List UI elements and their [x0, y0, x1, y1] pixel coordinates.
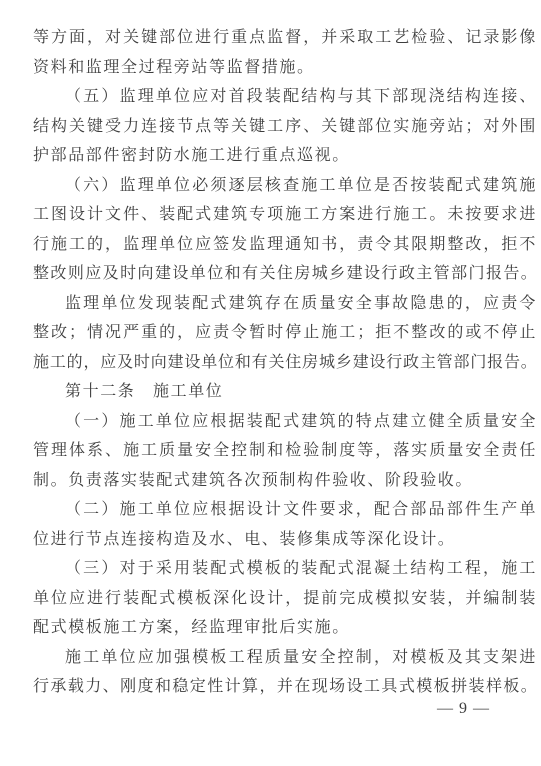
- document-text-block: 等方面，对关键部位进行重点监督，并采取工艺检验、记录影像资料和监理全过程旁站等监…: [33, 23, 537, 702]
- text-line: 第十二条 施工单位: [33, 377, 537, 407]
- text-line: 行施工的，监理单位应签发监理通知书，责令其限期整改，拒不: [33, 230, 537, 260]
- text-line: 单位应进行装配式模板深化设计，提前完成模拟安装，并编制装: [33, 584, 537, 614]
- text-line: 施工的，应及时向建设单位和有关住房城乡建设行政主管部门报告。: [33, 348, 537, 378]
- text-line: 资料和监理全过程旁站等监督措施。: [33, 53, 537, 83]
- text-line: （三）对于采用装配式模板的装配式混凝土结构工程，施工: [33, 554, 537, 584]
- text-line: 配式模板施工方案，经监理审批后实施。: [33, 613, 537, 643]
- text-line: 管理体系、施工质量安全控制和检验制度等，落实质量安全责任: [33, 436, 537, 466]
- text-line: 工图设计文件、装配式建筑专项施工方案进行施工。未按要求进: [33, 200, 537, 230]
- text-line: 整改则应及时向建设单位和有关住房城乡建设行政主管部门报告。: [33, 259, 537, 289]
- text-line: 护部品部件密封防水施工进行重点巡视。: [33, 141, 537, 171]
- text-line: 位进行节点连接构造及水、电、装修集成等深化设计。: [33, 525, 537, 555]
- text-line: 整改；情况严重的，应责令暂时停止施工；拒不整改的或不停止: [33, 318, 537, 348]
- document-page: 等方面，对关键部位进行重点监督，并采取工艺检验、记录影像资料和监理全过程旁站等监…: [0, 0, 541, 766]
- text-line: （五）监理单位应对首段装配结构与其下部现浇结构连接、: [33, 82, 537, 112]
- text-line: （六）监理单位必须逐层核查施工单位是否按装配式建筑施: [33, 171, 537, 201]
- text-line: 结构关键受力连接节点等关键工序、关键部位实施旁站；对外围: [33, 112, 537, 142]
- page-number: — 9 —: [437, 694, 490, 724]
- text-line: 等方面，对关键部位进行重点监督，并采取工艺检验、记录影像: [33, 23, 537, 53]
- text-line: （一）施工单位应根据装配式建筑的特点建立健全质量安全: [33, 407, 537, 437]
- text-line: 制。负责落实装配式建筑各次预制构件验收、阶段验收。: [33, 466, 537, 496]
- text-line: 施工单位应加强模板工程质量安全控制，对模板及其支架进: [33, 643, 537, 673]
- text-line: （二）施工单位应根据设计文件要求，配合部品部件生产单: [33, 495, 537, 525]
- text-line: 监理单位发现装配式建筑存在质量安全事故隐患的，应责令: [33, 289, 537, 319]
